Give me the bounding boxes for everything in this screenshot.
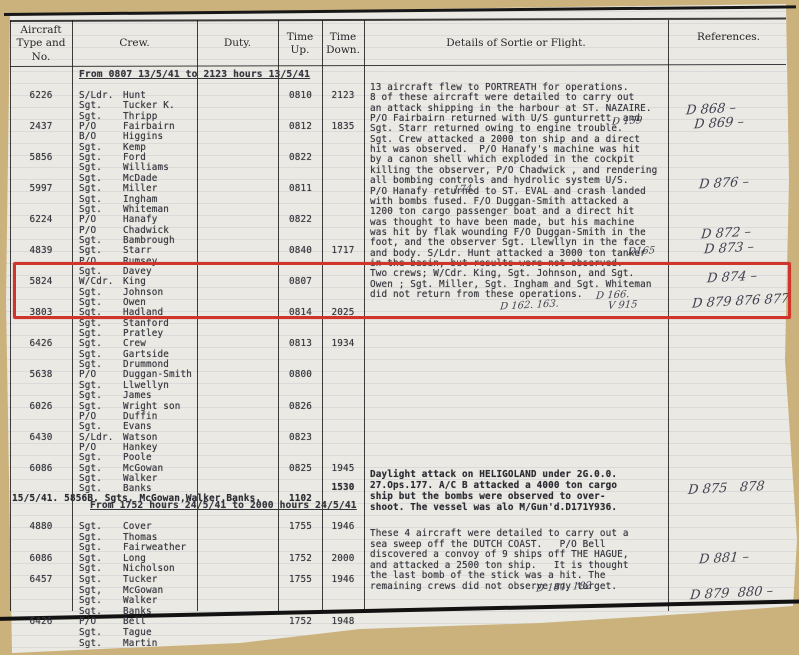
- scanned-operations-record-page: Aircraft Type and No. Crew. Duty. Time U…: [0, 0, 799, 655]
- details-line: an attack shipping in the harbour at ST.…: [370, 103, 670, 114]
- crew-rank: P/O: [79, 411, 96, 422]
- crew-rank: Sgt.: [79, 359, 102, 370]
- details-line: Daylight attack on HELIGOLAND under 2G.0…: [370, 469, 670, 480]
- crew-rank: Sgt.: [79, 100, 102, 111]
- crew-rank: Sgt.: [79, 638, 102, 649]
- time-down-value: 1946: [324, 574, 362, 585]
- crew-rank: Sgt.: [79, 627, 102, 638]
- aircraft-number: 5997: [14, 183, 68, 194]
- column-header-aircraft: Aircraft Type and No.: [10, 24, 72, 64]
- details-line: and body. S/Ldr. Hunt attacked a 3000 to…: [370, 248, 670, 259]
- time-up-value: 0813: [281, 338, 320, 349]
- crew-rank: Sgt.: [79, 563, 102, 574]
- details-line: shoot. The vessel was alo M/Gun'd.D171Y9…: [370, 502, 670, 513]
- details-line: 13 aircraft flew to PORTREATH for operat…: [370, 82, 670, 93]
- crew-name: Walker: [123, 595, 157, 606]
- crew-rank: P/O: [79, 121, 96, 132]
- time-down-value: 1717: [324, 245, 362, 256]
- crew-rank: Sgt.: [79, 521, 102, 532]
- handwritten-reference: D 869 –: [693, 115, 744, 133]
- period-heading-1: From 0807 13/5/41 to 2123 hours 13/5/41: [79, 69, 310, 80]
- interlude-time-down: 1530: [324, 482, 362, 493]
- time-down-value: 2123: [324, 90, 362, 101]
- crew-name: Tague: [123, 627, 152, 638]
- details-line: discovered a convoy of 9 ships off THE H…: [370, 549, 670, 560]
- crew-name: Duggan-Smith: [123, 369, 192, 380]
- details-line: P/O Hanafy returned to ST. EVAL and cras…: [370, 186, 670, 197]
- crew-name: Williams: [123, 162, 169, 173]
- handwritten-reference: D 881 –: [698, 550, 749, 568]
- details-line: remaining crews did not observe any targ…: [370, 581, 670, 592]
- details-line: 1200 ton cargo passenger boat and a dire…: [370, 206, 670, 217]
- crew-name: Thripp: [123, 111, 157, 122]
- crew-rank: Sgt.: [79, 328, 102, 339]
- time-up-value: 0822: [281, 152, 320, 163]
- crew-name: Long: [123, 553, 146, 564]
- handwritten-reference: D 873 –: [703, 240, 754, 258]
- crew-name: Walker: [123, 473, 157, 484]
- crew-name: Whiteman: [123, 204, 169, 215]
- crew-rank: Sgt.: [79, 401, 102, 412]
- crew-rank: Sgt.: [79, 142, 102, 153]
- time-up-value: 0800: [281, 369, 320, 380]
- crew-rank: P/O: [79, 369, 96, 380]
- crew-name: Llwellyn: [123, 380, 169, 391]
- crew-name: Fairweather: [123, 542, 186, 553]
- crew-name: Pratley: [123, 328, 163, 339]
- aircraft-number: 6426: [14, 338, 68, 349]
- details-line: foot, and the observer Sgt. Llewllyn in …: [370, 237, 670, 248]
- crew-rank: Sgt.: [79, 473, 102, 484]
- time-down-value: 2000: [324, 553, 362, 564]
- crew-rank: Sgt.: [79, 452, 102, 463]
- crew-name: Banks: [123, 606, 152, 617]
- crew-rank: Sgt.: [79, 421, 102, 432]
- details-line: was thought to have been made, but his m…: [370, 217, 670, 228]
- crew-rank: Sgt.: [79, 338, 102, 349]
- crew-name: Fairbairn: [123, 121, 175, 132]
- crew-name: Drummond: [123, 359, 169, 370]
- handwritten-annotation: D 159: [612, 115, 643, 128]
- crew-name: Tucker: [123, 574, 157, 585]
- time-up-value: 0840: [281, 245, 320, 256]
- time-down-value: 1835: [324, 121, 362, 132]
- aircraft-number: 5856: [14, 152, 68, 163]
- crew-rank: Sgt.: [79, 204, 102, 215]
- crew-name: Evans: [123, 421, 152, 432]
- crew-name: Miller: [123, 183, 157, 194]
- crew-rank: S/Ldr.: [79, 432, 113, 443]
- time-up-value: 1752: [281, 553, 320, 564]
- crew-name: McDade: [123, 173, 157, 184]
- column-header-time-down: Time Down.: [322, 24, 364, 64]
- crew-name: Hanafy: [123, 214, 157, 225]
- aircraft-number: 6086: [14, 463, 68, 474]
- crew-rank: Sgt.: [79, 183, 102, 194]
- crew-name: James: [123, 390, 152, 401]
- time-down-value: 1948: [324, 616, 362, 627]
- time-down-value: 1934: [324, 338, 362, 349]
- aircraft-number: 4839: [14, 245, 68, 256]
- time-down-value: 1945: [324, 463, 362, 474]
- period-heading-2: From 1752 hours 24/5/41 to 2000 hours 24…: [90, 500, 357, 511]
- aircraft-number: 6457: [14, 574, 68, 585]
- column-header-crew: Crew.: [72, 24, 197, 64]
- column-header-duty: Duty.: [197, 24, 278, 64]
- crew-name: Bell: [123, 616, 146, 627]
- crew-rank: Sgt.: [79, 390, 102, 401]
- crew-rank: Sgt.: [79, 173, 102, 184]
- crew-name: Hankey: [123, 442, 157, 453]
- crew-name: Banks: [123, 483, 152, 494]
- crew-rank: Sgt.: [79, 380, 102, 391]
- time-up-value: 1752: [281, 616, 320, 627]
- crew-name: Nicholson: [123, 563, 175, 574]
- crew-name: Chadwick: [123, 225, 169, 236]
- crew-rank: Sgt.: [79, 245, 102, 256]
- handwritten-annotation: 174.: [453, 183, 476, 195]
- crew-rank: Sgt.: [79, 574, 102, 585]
- aircraft-number: 4880: [14, 521, 68, 532]
- crew-rank: Sgt.: [79, 349, 102, 360]
- crew-name: Thomas: [123, 532, 157, 543]
- crew-rank: Sgt.: [79, 595, 102, 606]
- aircraft-number: 6026: [14, 401, 68, 412]
- crew-name: Tucker K.: [123, 100, 175, 111]
- crew-name: Kemp: [123, 142, 146, 153]
- crew-name: McGowan: [123, 463, 163, 474]
- crew-rank: Sgt.: [79, 483, 102, 494]
- crew-name: Duffin: [123, 411, 157, 422]
- crew-rank: Sgt.: [79, 152, 102, 163]
- time-up-value: 0810: [281, 90, 320, 101]
- time-up-value: 0825: [281, 463, 320, 474]
- crew-rank: Sgt.: [79, 162, 102, 173]
- column-header-time-up: Time Up.: [278, 24, 322, 64]
- crew-rank: P/O: [79, 616, 96, 627]
- crew-rank: Sgt.: [79, 235, 102, 246]
- red-annotation-rectangle: [13, 262, 791, 319]
- crew-rank: P/O: [79, 225, 96, 236]
- crew-rank: Sgt.: [79, 194, 102, 205]
- crew-name: Starr: [123, 245, 152, 256]
- crew-rank: Sgt.: [79, 532, 102, 543]
- time-up-value: 0826: [281, 401, 320, 412]
- time-up-value: 0811: [281, 183, 320, 194]
- crew-rank: P/O: [79, 214, 96, 225]
- details-line: These 4 aircraft were detailed to carry …: [370, 528, 670, 539]
- details-line: killing the observer, P/O Chadwick , and…: [370, 165, 670, 176]
- crew-rank: Sgt.: [79, 542, 102, 553]
- crew-rank: S/Ldr.: [79, 90, 113, 101]
- details-line: all bombing controls and hydrolic system…: [370, 175, 670, 186]
- details-line: ship but the bombs were observed to over…: [370, 491, 670, 502]
- crew-name: Crew: [123, 338, 146, 349]
- crew-rank: Sgt.: [79, 463, 102, 474]
- crew-name: McGowan: [123, 585, 163, 596]
- time-up-value: 1755: [281, 574, 320, 585]
- details-line: hit was observed. P/O Hanafy's machine w…: [370, 144, 670, 155]
- details-line: with bombs fused. F/O Duggan-Smith attac…: [370, 196, 670, 207]
- time-down-value: 1946: [324, 521, 362, 532]
- handwritten-annotation: D165: [628, 245, 656, 257]
- crew-name: Poole: [123, 452, 152, 463]
- handwritten-reference: D 876 –: [698, 175, 749, 193]
- details-line: the last bomb of the stick was a hit. Th…: [370, 570, 670, 581]
- time-up-value: 0822: [281, 214, 320, 225]
- crew-name: Gartside: [123, 349, 169, 360]
- details-line: and attacked a 2500 ton ship. It is thou…: [370, 560, 670, 571]
- details-line: 8 of these aircraft were detailed to car…: [370, 92, 670, 103]
- crew-rank: Sgt.: [79, 318, 102, 329]
- crew-rank: Sgt,: [79, 585, 102, 596]
- aircraft-number: 6226: [14, 90, 68, 101]
- time-up-value: 0823: [281, 432, 320, 443]
- crew-name: Bambrough: [123, 235, 175, 246]
- time-up-value: 0812: [281, 121, 320, 132]
- details-line: Sgt. Crew attacked a 2000 ton ship and a…: [370, 134, 670, 145]
- crew-name: Watson: [123, 432, 157, 443]
- details-line: by a canon shell which exploded in the c…: [370, 154, 670, 165]
- aircraft-number: 6430: [14, 432, 68, 443]
- aircraft-number: 6086: [14, 553, 68, 564]
- aircraft-number: 6224: [14, 214, 68, 225]
- crew-rank: Sgt.: [79, 111, 102, 122]
- crew-name: Stanford: [123, 318, 169, 329]
- details-line: was hit by flak wounding F/O Duggan-Smit…: [370, 227, 670, 238]
- crew-rank: P/O: [79, 442, 96, 453]
- details-line: sea sweep off the DUTCH COAST. P/O Bell: [370, 539, 670, 550]
- crew-name: Higgins: [123, 131, 163, 142]
- crew-rank: B/O: [79, 131, 96, 142]
- aircraft-number: 2437: [14, 121, 68, 132]
- crew-name: Cover: [123, 521, 152, 532]
- crew-name: Hunt: [123, 90, 146, 101]
- column-header-references: References.: [668, 18, 789, 58]
- crew-name: Martin: [123, 638, 157, 649]
- column-header-details: Details of Sortie or Flight.: [364, 24, 668, 64]
- details-line: 27.Ops.177. A/C B attacked a 4000 ton ca…: [370, 480, 670, 491]
- crew-name: Ford: [123, 152, 146, 163]
- crew-rank: Sgt.: [79, 606, 102, 617]
- time-up-value: 1755: [281, 521, 320, 532]
- crew-name: Ingham: [123, 194, 157, 205]
- crew-name: Wright son: [123, 401, 180, 412]
- aircraft-number: 6426: [14, 616, 68, 627]
- aircraft-number: 5638: [14, 369, 68, 380]
- table-left-border: [10, 20, 11, 611]
- crew-rank: Sgt.: [79, 553, 102, 564]
